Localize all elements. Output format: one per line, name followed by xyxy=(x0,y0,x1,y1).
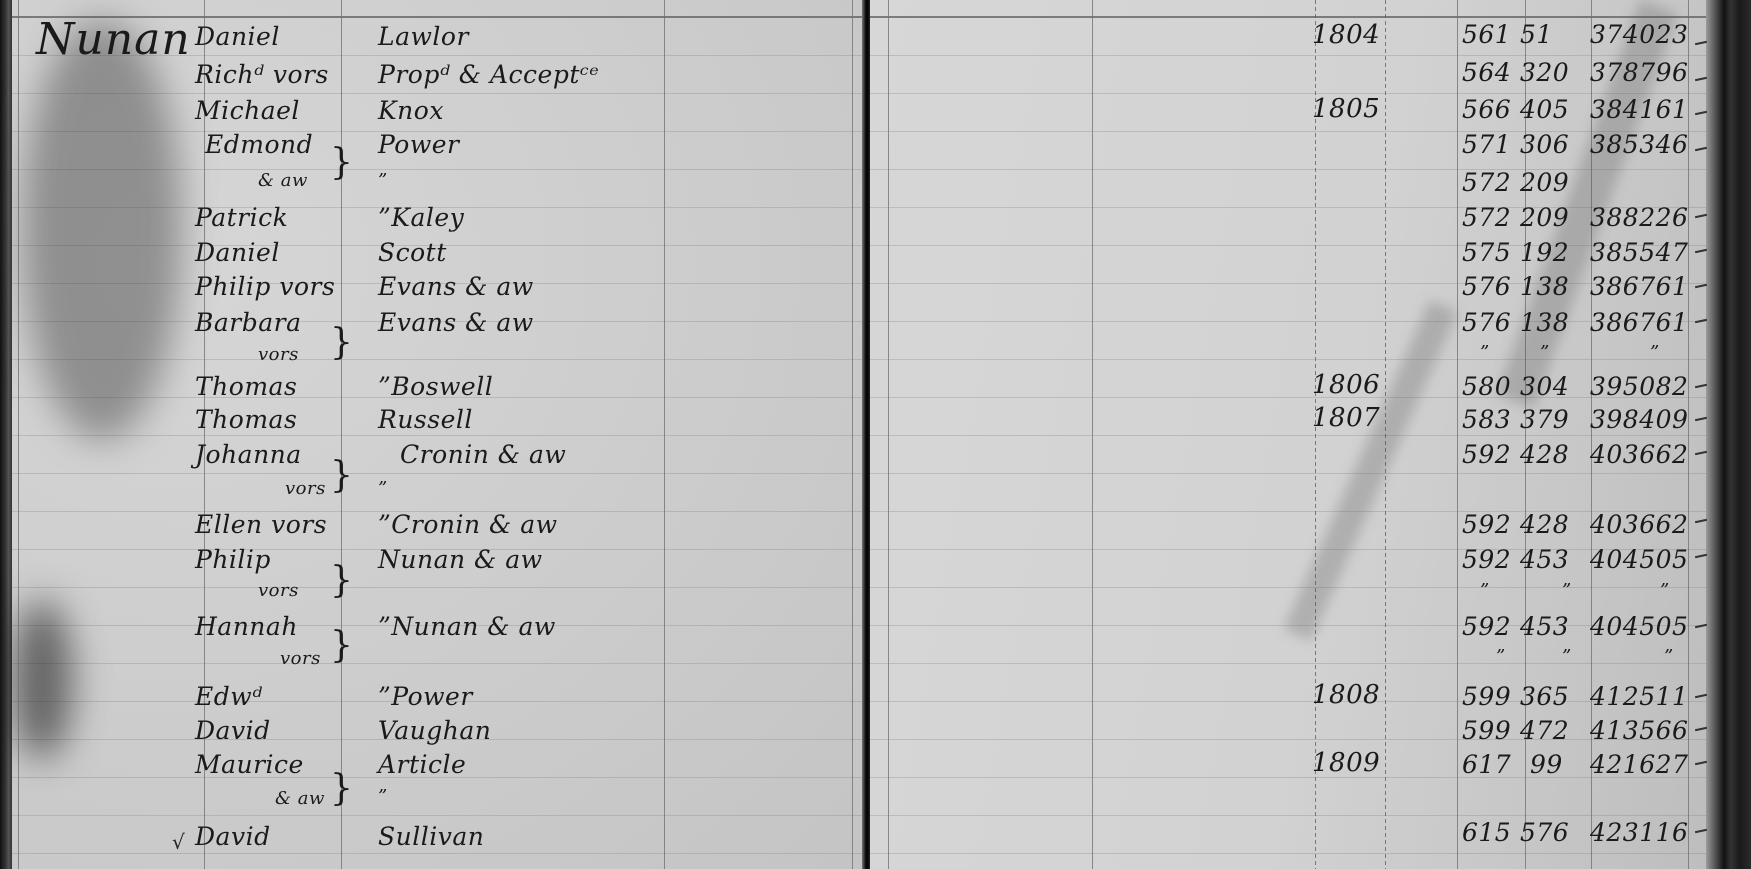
page-number: 51 xyxy=(1520,20,1553,49)
memorial-number: 385547 xyxy=(1590,238,1688,267)
given-name: Ellen vors xyxy=(195,510,327,539)
memorial-number: 398409 xyxy=(1590,405,1688,434)
page-number: 192 xyxy=(1520,238,1569,267)
right-page xyxy=(870,0,1708,869)
memorial-number: 421627 xyxy=(1590,750,1688,779)
given-name: Daniel xyxy=(195,238,280,267)
page-number: 428 xyxy=(1520,510,1569,539)
page-number: 306 xyxy=(1520,130,1569,159)
other-party: ” xyxy=(378,786,388,807)
given-name: vors xyxy=(280,648,321,669)
other-party: Sullivan xyxy=(378,822,484,851)
book-number: 583 xyxy=(1462,405,1511,434)
memorial-number: 395082 xyxy=(1590,372,1688,401)
book-number: 561 xyxy=(1462,20,1511,49)
column-rule xyxy=(341,0,342,869)
given-name: David xyxy=(195,822,271,851)
bracket-icon: } xyxy=(330,625,353,666)
other-party: ” xyxy=(378,478,388,499)
book-column-rule xyxy=(1457,0,1458,869)
book-number: 580 xyxy=(1462,372,1511,401)
other-party: ”Nunan & aw xyxy=(378,612,556,641)
book-number: 575 xyxy=(1462,238,1511,267)
ditto-mark: ” xyxy=(1562,580,1572,601)
column-rule xyxy=(1092,0,1093,869)
other-party: Evans & aw xyxy=(378,272,534,301)
given-name: vors xyxy=(285,478,326,499)
ditto-mark: ” xyxy=(1480,580,1490,601)
book-number: 576 xyxy=(1462,308,1511,337)
given-name: Barbara xyxy=(195,308,302,337)
given-name: vors xyxy=(258,344,299,365)
other-party: Knox xyxy=(378,96,444,125)
page-number: 453 xyxy=(1520,545,1569,574)
given-name: Philip vors xyxy=(195,272,335,301)
ditto-mark: ” xyxy=(1540,342,1550,363)
page-number: 405 xyxy=(1520,95,1569,124)
given-name: Hannah xyxy=(195,612,298,641)
ditto-mark: ” xyxy=(1496,646,1506,667)
book-number: 576 xyxy=(1462,272,1511,301)
memorial-number: 385346 xyxy=(1590,130,1688,159)
column-rule xyxy=(852,0,853,869)
book-number: 617 xyxy=(1462,750,1511,779)
book-number: 592 xyxy=(1462,510,1511,539)
given-name: & aw xyxy=(258,170,308,191)
other-party: ”Boswell xyxy=(378,372,493,401)
memorial-number: 423116 xyxy=(1590,818,1688,847)
bracket-icon: } xyxy=(330,560,353,601)
bracket-icon: } xyxy=(330,142,353,183)
page-number: 379 xyxy=(1520,405,1569,434)
ditto-mark: ” xyxy=(1664,646,1674,667)
book-number: 592 xyxy=(1462,440,1511,469)
other-party: Nunan & aw xyxy=(378,545,543,574)
check-mark-icon: √ xyxy=(172,830,185,854)
memorial-number: 374023 xyxy=(1590,20,1688,49)
book-number: 571 xyxy=(1462,130,1511,159)
page-number: 320 xyxy=(1520,58,1569,87)
ditto-mark: ” xyxy=(1660,580,1670,601)
page-number: 365 xyxy=(1520,682,1569,711)
other-party: Lawlor xyxy=(378,22,469,51)
other-party: Evans & aw xyxy=(378,308,534,337)
other-party: Scott xyxy=(378,238,447,267)
other-party: ” xyxy=(378,170,388,191)
given-name: Thomas xyxy=(195,372,297,401)
memorial-number: 384161 xyxy=(1590,95,1688,124)
stain xyxy=(22,20,182,440)
book-number: 599 xyxy=(1462,716,1511,745)
bracket-icon: } xyxy=(330,768,353,809)
memorial-number: 403662 xyxy=(1590,510,1688,539)
shadow-streak xyxy=(1284,300,1458,641)
top-rule xyxy=(870,16,1708,18)
ditto-mark: ” xyxy=(1480,342,1490,363)
given-name: Philip xyxy=(195,545,271,574)
given-name: vors xyxy=(258,580,299,601)
given-name: Daniel xyxy=(195,22,280,51)
memorial-number: 386761 xyxy=(1590,272,1688,301)
memorial-number: 404505 xyxy=(1590,545,1688,574)
page-number: 99 xyxy=(1530,750,1563,779)
year-column-rule xyxy=(1315,0,1316,869)
memorial-number: 386761 xyxy=(1590,308,1688,337)
column-rule xyxy=(888,0,889,869)
year: 1804 xyxy=(1312,20,1380,50)
page-number: 304 xyxy=(1520,372,1569,401)
given-name: & aw xyxy=(275,788,325,809)
given-name: Johanna xyxy=(195,440,302,469)
given-name: Richᵈ vors xyxy=(195,60,329,89)
column-rule xyxy=(664,0,665,869)
given-name: Maurice xyxy=(195,750,304,779)
margin-line xyxy=(18,0,19,869)
bracket-icon: } xyxy=(330,455,353,496)
book-number: 572 xyxy=(1462,168,1511,197)
page-number: 576 xyxy=(1520,818,1569,847)
memorial-number: 388226 xyxy=(1590,203,1688,232)
memorial-number: 412511 xyxy=(1590,682,1688,711)
bracket-icon: } xyxy=(330,322,353,363)
page-number: 453 xyxy=(1520,612,1569,641)
other-party: ”Cronin & aw xyxy=(378,510,558,539)
book-number: 572 xyxy=(1462,203,1511,232)
other-party: ”Kaley xyxy=(378,203,464,232)
given-name: Edwᵈ xyxy=(195,682,263,711)
other-party: Power xyxy=(378,130,460,159)
year: 1805 xyxy=(1312,94,1380,124)
right-book-edge xyxy=(1706,0,1751,869)
given-name: Patrick xyxy=(195,203,288,232)
memorial-number: 378796 xyxy=(1590,58,1688,87)
year: 1808 xyxy=(1312,680,1380,710)
given-name: Thomas xyxy=(195,405,297,434)
page-number: 472 xyxy=(1520,716,1569,745)
given-name: David xyxy=(195,716,271,745)
other-party: Vaughan xyxy=(378,716,491,745)
ditto-mark: ” xyxy=(1650,342,1660,363)
book-number: 615 xyxy=(1462,818,1511,847)
surname-heading: Nunan xyxy=(36,14,191,65)
ledger-spread: Nunan Daniel Lawlor 1804 561 51 374023 R… xyxy=(0,0,1751,869)
page-number: 209 xyxy=(1520,203,1569,232)
memorial-number: 404505 xyxy=(1590,612,1688,641)
book-number: 592 xyxy=(1462,545,1511,574)
other-party: Propᵈ & Acceptᶜᵉ xyxy=(378,60,599,89)
page-number: 428 xyxy=(1520,440,1569,469)
given-name: Michael xyxy=(195,96,300,125)
other-party: Russell xyxy=(378,405,473,434)
memorial-number: 413566 xyxy=(1590,716,1688,745)
book-number: 599 xyxy=(1462,682,1511,711)
page-number: 138 xyxy=(1520,272,1569,301)
year: 1807 xyxy=(1312,403,1380,433)
year: 1809 xyxy=(1312,748,1380,778)
page-number: 138 xyxy=(1520,308,1569,337)
other-party: Cronin & aw xyxy=(400,440,566,469)
year: 1806 xyxy=(1312,370,1380,400)
memorial-number: 403662 xyxy=(1590,440,1688,469)
stain xyxy=(12,600,72,760)
given-name: Edmond xyxy=(205,130,313,159)
book-number: 566 xyxy=(1462,95,1511,124)
book-number: 564 xyxy=(1462,58,1511,87)
other-party: Article xyxy=(378,750,466,779)
ditto-mark: ” xyxy=(1562,646,1572,667)
other-party: ”Power xyxy=(378,682,473,711)
page-number: 209 xyxy=(1520,168,1569,197)
book-number: 592 xyxy=(1462,612,1511,641)
